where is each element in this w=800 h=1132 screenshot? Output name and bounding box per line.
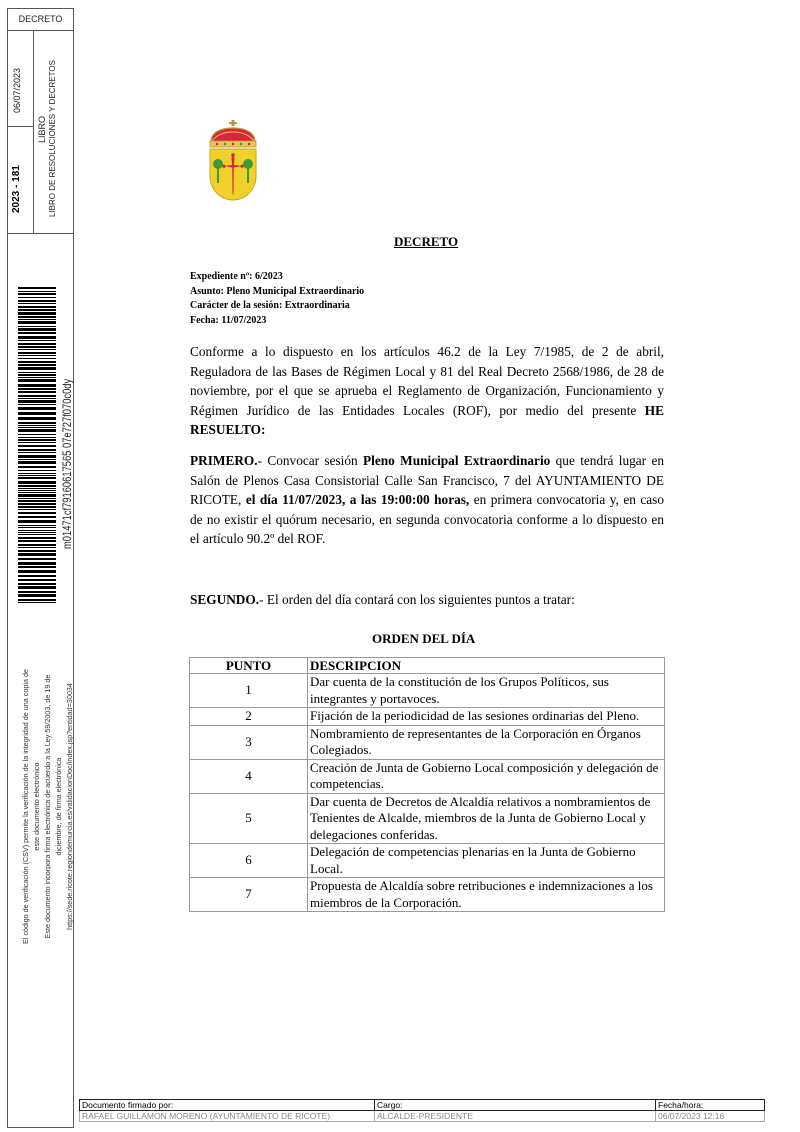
column-header-punto: PUNTO	[190, 658, 308, 674]
asunto: Asunto: Pleno Municipal Extraordinario	[190, 285, 364, 300]
libro-label: LIBRO	[37, 116, 47, 143]
divider	[8, 233, 73, 234]
punto-descripcion: Nombramiento de representantes de la Cor…	[308, 725, 665, 759]
registry-date: 06/07/2023	[12, 68, 22, 113]
punto-number: 3	[190, 725, 308, 759]
cargo-label: Cargo:	[375, 1100, 656, 1111]
orden-del-dia-title: ORDEN DEL DÍA	[372, 631, 475, 647]
side-verification-panel: DECRETO 06/07/2023 2023 - 181 LIBRO LIBR…	[7, 8, 74, 1128]
punto-descripcion: Delegación de competencias plenarias en …	[308, 844, 665, 878]
primero-paragraph: PRIMERO.- Convocar sesión Pleno Municipa…	[190, 451, 664, 549]
signature-box: Documento firmado por: Cargo: Fecha/hora…	[79, 1099, 765, 1122]
intro-text: Conforme a lo dispuesto en los artículos…	[190, 344, 664, 418]
punto-number: 7	[190, 878, 308, 912]
document-meta: Expediente nº: 6/2023 Asunto: Pleno Muni…	[190, 270, 364, 328]
table-row: 5Dar cuenta de Decretos de Alcaldía rela…	[190, 793, 665, 844]
expediente-number: Expediente nº: 6/2023	[190, 270, 364, 285]
column-header-descripcion: DESCRIPCION	[308, 658, 665, 674]
punto-number: 6	[190, 844, 308, 878]
fecha-label: Fecha/hora:	[656, 1100, 765, 1111]
punto-number: 2	[190, 708, 308, 726]
document-title: DECRETO	[394, 234, 458, 250]
barcode-icon	[18, 287, 56, 603]
table-header-row: PUNTO DESCRIPCION	[190, 658, 665, 674]
signed-by: RAFAEL GUILLAMON MORENO (AYUNTAMIENTO DE…	[80, 1111, 375, 1122]
segundo-text: - El orden del día contará con los sigui…	[259, 592, 575, 607]
divider	[8, 126, 34, 127]
legal-line: El código de verificación (CSV) permite …	[20, 649, 31, 964]
primero-text: - Convocar sesión	[258, 453, 363, 468]
divider	[33, 30, 34, 233]
table-row: 4Creación de Junta de Gobierno Local com…	[190, 759, 665, 793]
caracter-sesion: Carácter de la sesión: Extraordinaria	[190, 299, 364, 314]
table-row: 2Fijación de la periodicidad de las sesi…	[190, 708, 665, 726]
coat-of-arms-icon	[207, 120, 259, 202]
segundo-label: SEGUNDO.	[190, 592, 259, 607]
signature-labels-row: Documento firmado por: Cargo: Fecha/hora…	[80, 1100, 765, 1111]
intro-paragraph: Conforme a lo dispuesto en los artículos…	[190, 342, 664, 440]
punto-descripcion: Propuesta de Alcaldía sobre retribucione…	[308, 878, 665, 912]
legal-line: este documento electrónico	[31, 649, 42, 964]
libro-name: LIBRO DE RESOLUCIONES Y DECRETOS	[48, 60, 57, 217]
segundo-paragraph: SEGUNDO.- El orden del día contará con l…	[190, 590, 664, 610]
punto-descripcion: Fijación de la periodicidad de las sesio…	[308, 708, 665, 726]
legal-line: Este documento incorpora firma electróni…	[42, 649, 53, 964]
punto-descripcion: Dar cuenta de Decretos de Alcaldía relat…	[308, 793, 665, 844]
signature-datetime: 06/07/2023 12:16	[656, 1111, 765, 1122]
table-row: 3Nombramiento de representantes de la Co…	[190, 725, 665, 759]
punto-number: 5	[190, 793, 308, 844]
cargo: ALCALDE-PRESIDENTE	[375, 1111, 656, 1122]
signed-by-label: Documento firmado por:	[80, 1100, 375, 1111]
side-panel-header: DECRETO	[8, 9, 73, 31]
session-type: Pleno Municipal Extraordinario	[363, 453, 550, 468]
table-row: 6Delegación de competencias plenarias en…	[190, 844, 665, 878]
signature-values-row: RAFAEL GUILLAMON MORENO (AYUNTAMIENTO DE…	[80, 1111, 765, 1122]
punto-number: 4	[190, 759, 308, 793]
legal-line: diciembre, de firma electrónica	[53, 649, 64, 964]
fecha: Fecha: 11/07/2023	[190, 314, 364, 329]
primero-label: PRIMERO.	[190, 453, 258, 468]
verification-link[interactable]: https://sede.ricote.regiondemurcia.es/va…	[64, 649, 75, 964]
table-row: 7Propuesta de Alcaldía sobre retribucion…	[190, 878, 665, 912]
punto-number: 1	[190, 674, 308, 708]
session-datetime: el día 11/07/2023, a las 19:00:00 horas,	[246, 492, 469, 507]
punto-descripcion: Creación de Junta de Gobierno Local comp…	[308, 759, 665, 793]
table-row: 1Dar cuenta de la constitución de los Gr…	[190, 674, 665, 708]
csv-code: m01471cf79160617565 07e727f070c0dy	[60, 379, 74, 549]
legal-notice: El código de verificación (CSV) permite …	[20, 649, 75, 964]
punto-descripcion: Dar cuenta de la constitución de los Gru…	[308, 674, 665, 708]
agenda-table: PUNTO DESCRIPCION 1Dar cuenta de la cons…	[189, 657, 665, 912]
registry-number: 2023 - 181	[11, 165, 22, 213]
